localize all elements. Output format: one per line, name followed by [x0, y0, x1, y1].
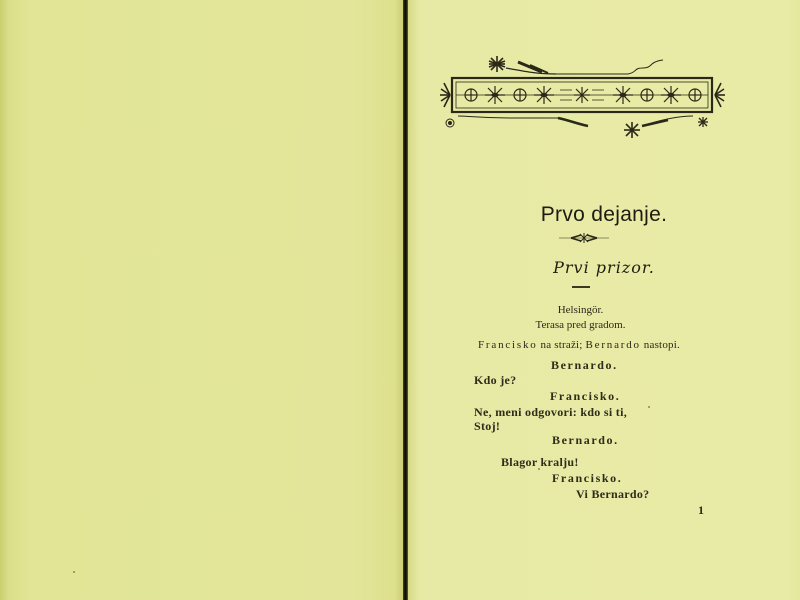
star-flourish-icon [559, 233, 609, 243]
speaker-name: Bernardo. [551, 358, 618, 373]
dialogue-line: Stoj! [474, 419, 500, 434]
short-rule-icon [572, 286, 590, 288]
character-name: Francisko [478, 339, 538, 351]
stage-direction-place: Helsingör. [408, 304, 753, 316]
speaker-name: Bernardo. [552, 433, 619, 448]
stage-direction-setting: Terasa pred gradom. [408, 319, 753, 331]
scene-title: Prvi prizor. [408, 258, 800, 277]
paper-speck [538, 468, 540, 470]
speaker-name: Francisko. [550, 389, 620, 404]
page-number: 1 [698, 503, 704, 518]
dialogue-line: Vi Bernardo? [576, 487, 650, 502]
floral-banner-ornament-icon [438, 50, 728, 140]
paper-speck [648, 406, 650, 408]
dialogue-line: Ne, meni odgovori: kdo si ti, [474, 405, 627, 420]
left-page [0, 0, 404, 600]
speaker-name: Francisko. [552, 471, 622, 486]
act-title: Prvo dejanje. [408, 203, 800, 227]
stage-direction-action: Francisko na straži; Bernardo nastopi. [478, 339, 680, 351]
dialogue-line: Kdo je? [474, 373, 516, 388]
character-name: Bernardo [586, 339, 641, 351]
paper-speck [73, 571, 75, 573]
